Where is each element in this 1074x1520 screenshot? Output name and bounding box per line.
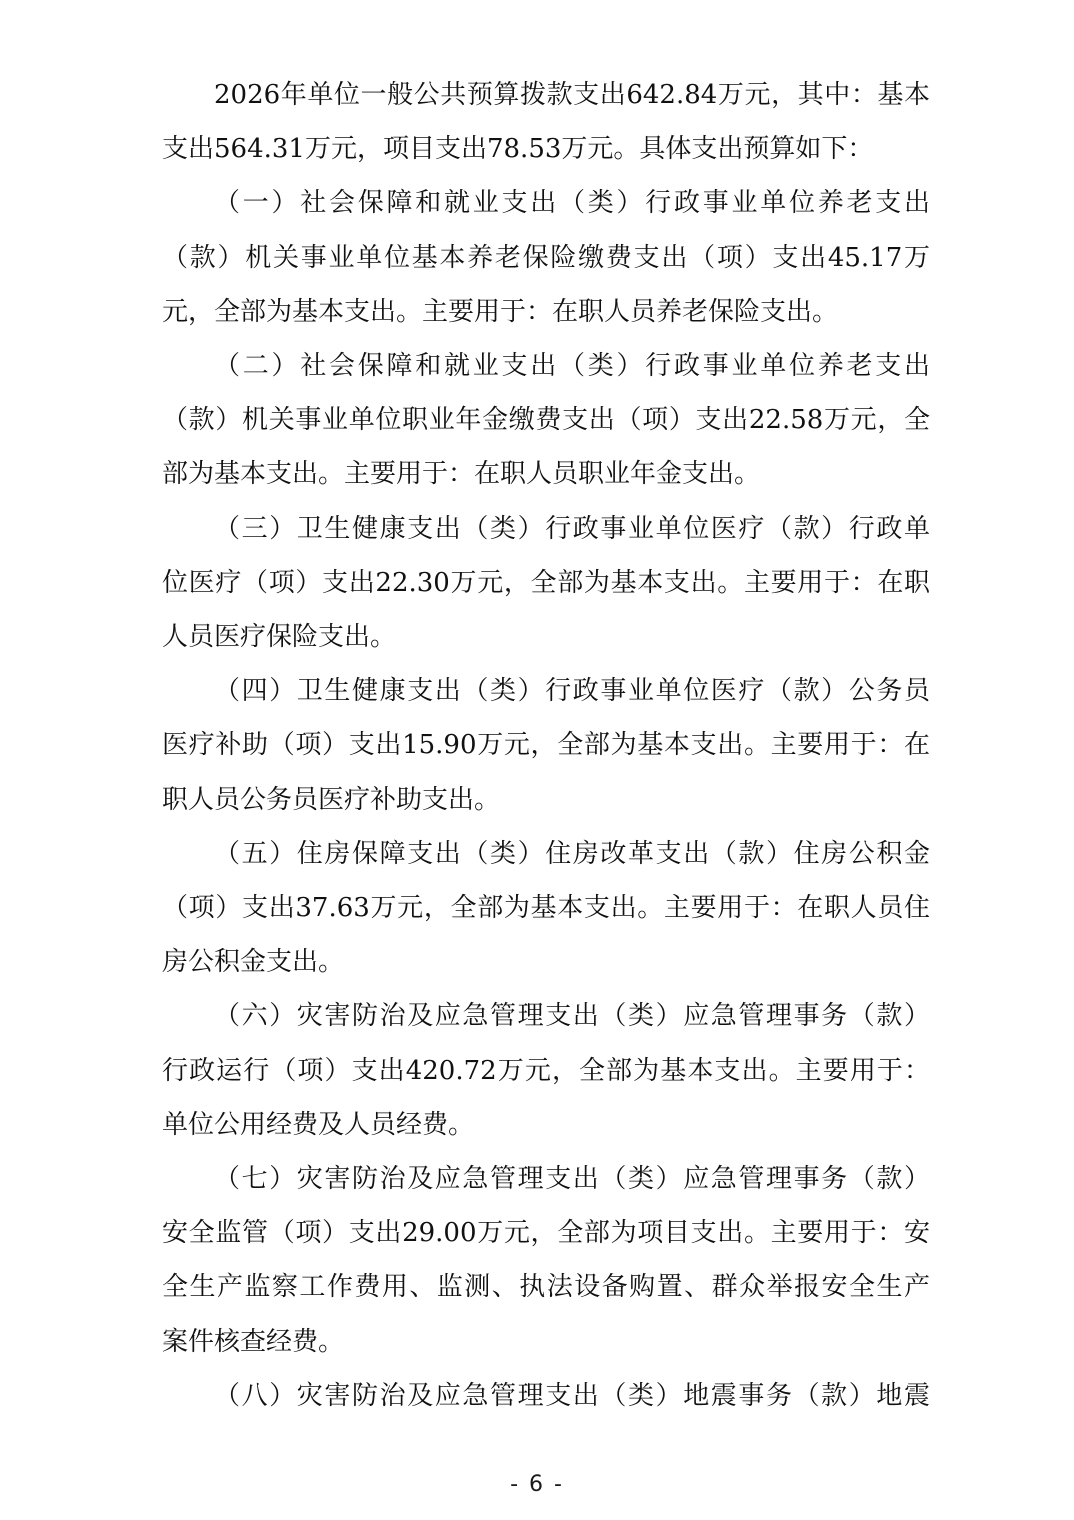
document-body: 2026年单位一般公共预算拨款支出642.84万元，其中：基本支出564.31万… [162, 68, 930, 1423]
text-line: 案件核查经费。 [162, 1315, 930, 1369]
text-line: （款）机关事业单位职业年金缴费支出（项）支出22.58万元，全 [162, 393, 930, 447]
text-line: （二）社会保障和就业支出（类）行政事业单位养老支出 [162, 339, 930, 393]
text-line: 支出564.31万元，项目支出78.53万元。具体支出预算如下： [162, 122, 930, 176]
page-number: - 6 - [0, 1472, 1074, 1497]
text-line: （款）机关事业单位基本养老保险缴费支出（项）支出45.17万 [162, 231, 930, 285]
text-line: （项）支出37.63万元，全部为基本支出。主要用于：在职人员住 [162, 881, 930, 935]
text-line: 医疗补助（项）支出15.90万元，全部为基本支出。主要用于：在 [162, 718, 930, 772]
text-line: 行政运行（项）支出420.72万元，全部为基本支出。主要用于： [162, 1044, 930, 1098]
text-line: （五）住房保障支出（类）住房改革支出（款）住房公积金 [162, 827, 930, 881]
text-line: 位医疗（项）支出22.30万元，全部为基本支出。主要用于：在职 [162, 556, 930, 610]
text-line: （七）灾害防治及应急管理支出（类）应急管理事务（款） [162, 1152, 930, 1206]
text-line: 2026年单位一般公共预算拨款支出642.84万元，其中：基本 [162, 68, 930, 122]
text-line: 部为基本支出。主要用于：在职人员职业年金支出。 [162, 447, 930, 501]
text-line: （四）卫生健康支出（类）行政事业单位医疗（款）公务员 [162, 664, 930, 718]
text-line: 房公积金支出。 [162, 935, 930, 989]
text-line: 单位公用经费及人员经费。 [162, 1098, 930, 1152]
text-line: （八）灾害防治及应急管理支出（类）地震事务（款）地震 [162, 1369, 930, 1423]
text-line: 元，全部为基本支出。主要用于：在职人员养老保险支出。 [162, 285, 930, 339]
text-line: 人员医疗保险支出。 [162, 610, 930, 664]
text-line: （一）社会保障和就业支出（类）行政事业单位养老支出 [162, 176, 930, 230]
text-line: （六）灾害防治及应急管理支出（类）应急管理事务（款） [162, 989, 930, 1043]
text-line: 安全监管（项）支出29.00万元，全部为项目支出。主要用于：安 [162, 1206, 930, 1260]
text-line: （三）卫生健康支出（类）行政事业单位医疗（款）行政单 [162, 502, 930, 556]
text-line: 全生产监察工作费用、监测、执法设备购置、群众举报安全生产 [162, 1260, 930, 1314]
text-line: 职人员公务员医疗补助支出。 [162, 773, 930, 827]
document-page: 2026年单位一般公共预算拨款支出642.84万元，其中：基本支出564.31万… [0, 0, 1074, 1520]
